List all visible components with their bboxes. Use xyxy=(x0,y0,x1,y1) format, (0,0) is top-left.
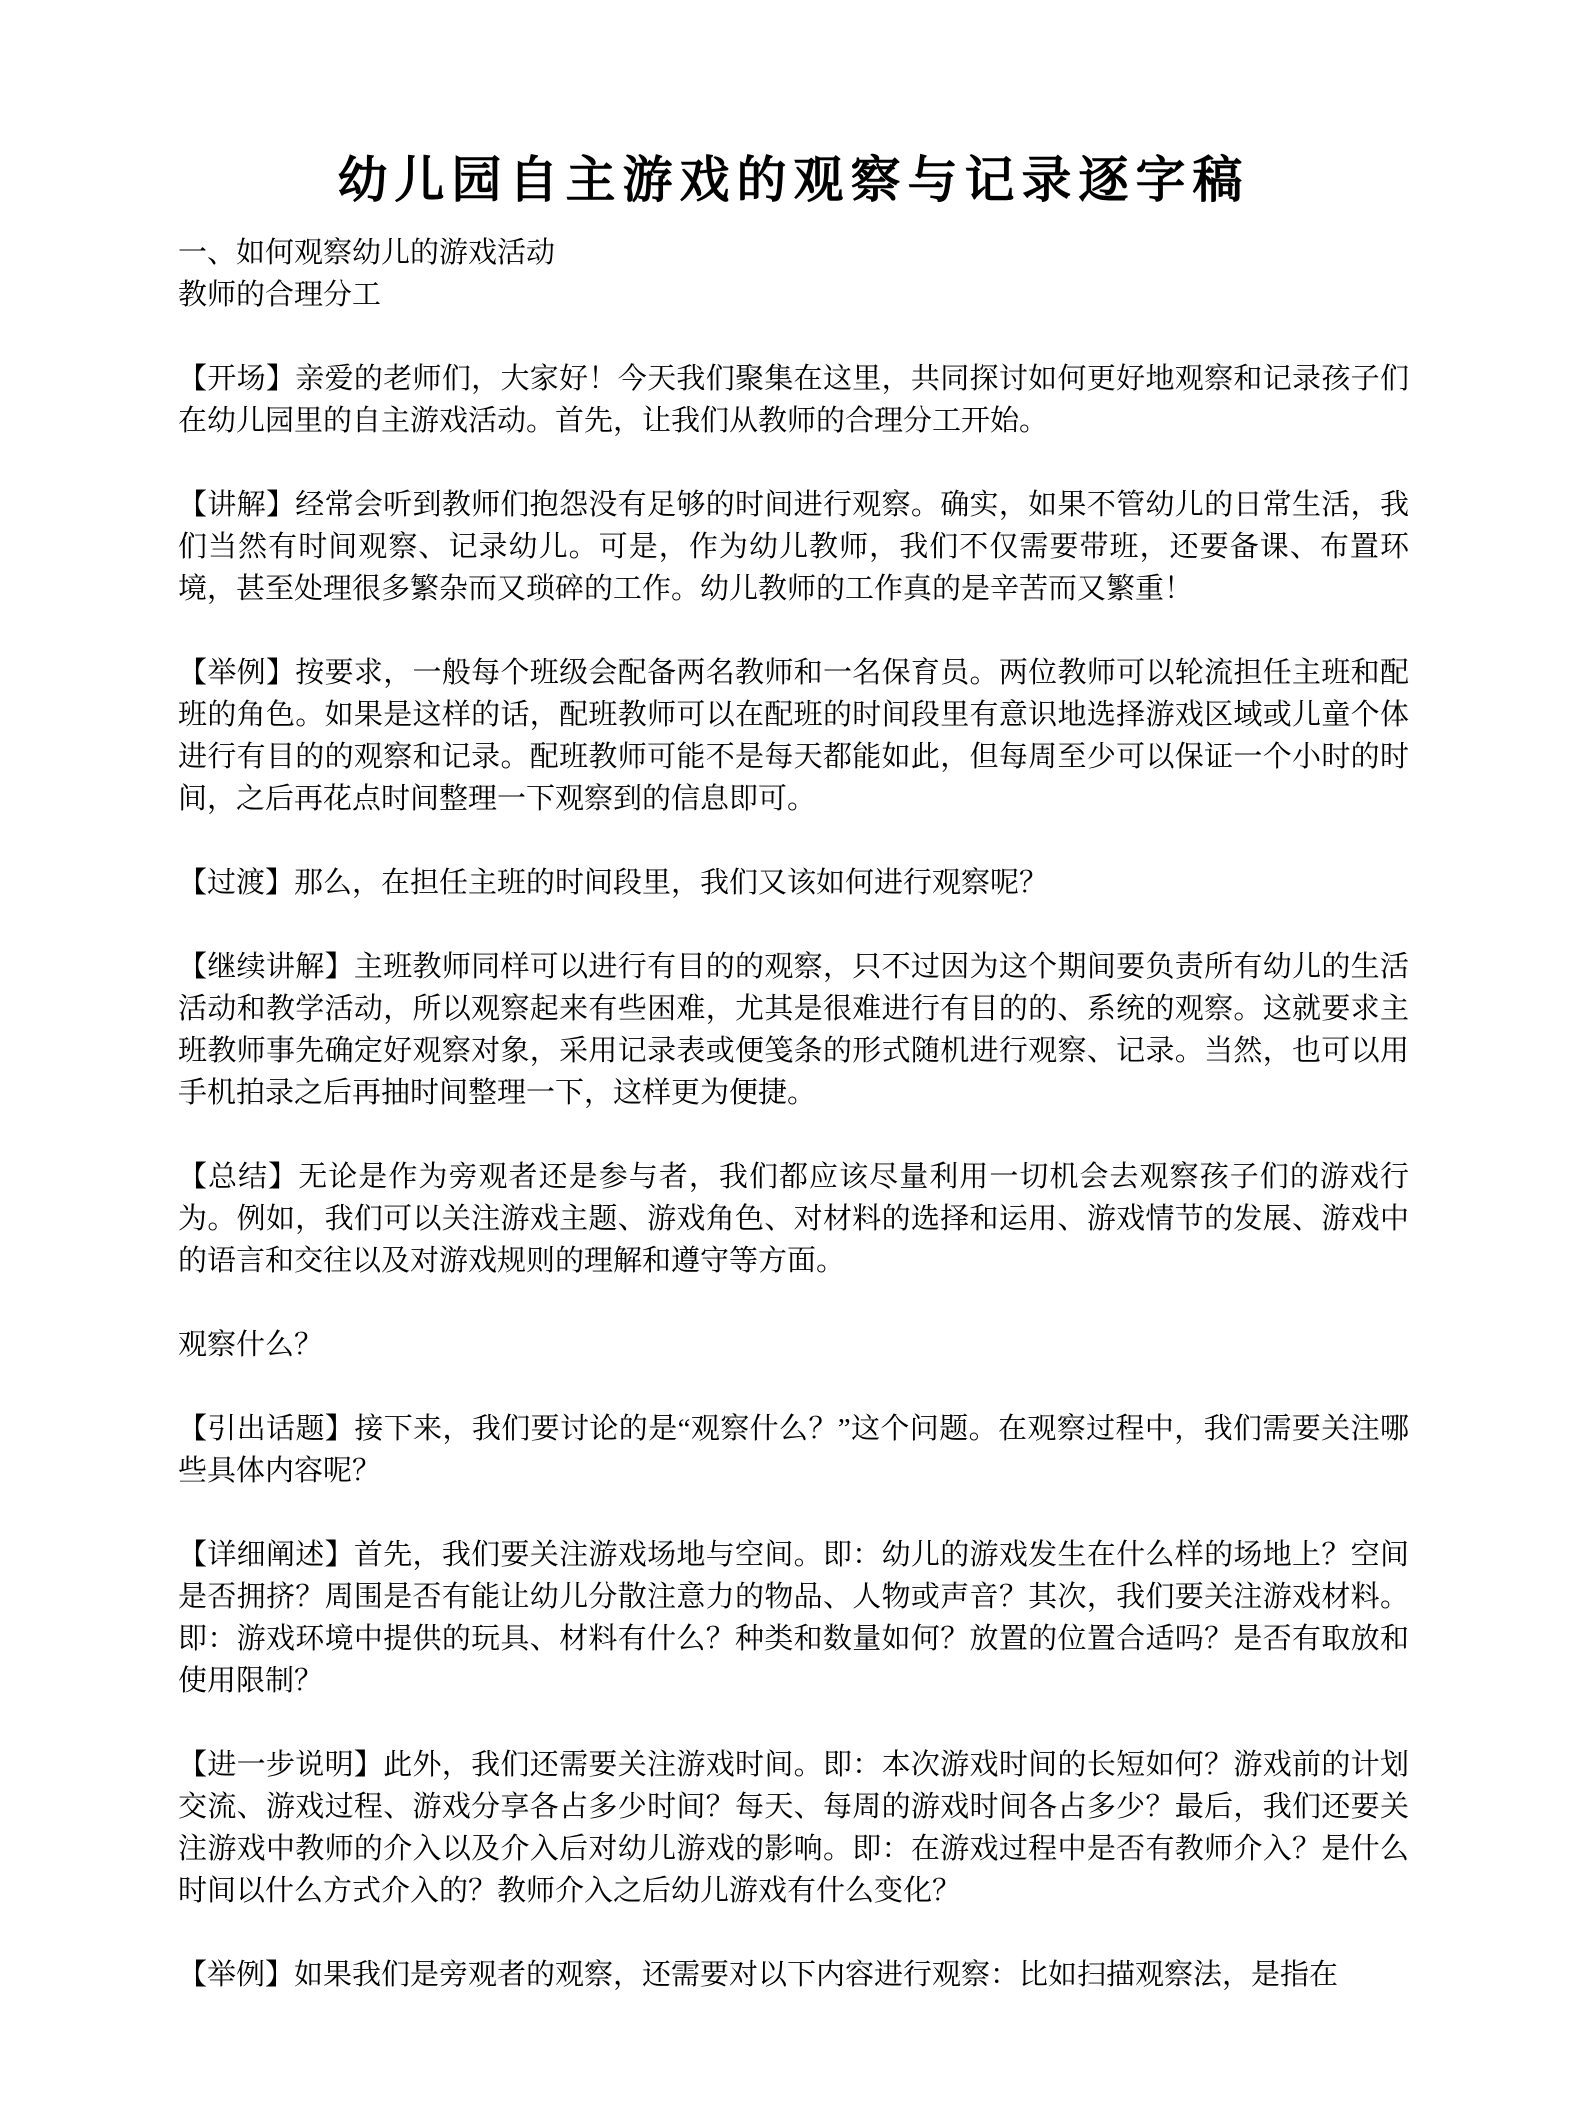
document-title: 幼儿园自主游戏的观察与记录逐字稿 xyxy=(178,150,1409,210)
document-page: 幼儿园自主游戏的观察与记录逐字稿 一、如何观察幼儿的游戏活动教师的合理分工【开场… xyxy=(0,0,1587,2125)
paragraph: 【举例】按要求，一般每个班级会配备两名教师和一名保育员。两位教师可以轮流担任主班… xyxy=(178,652,1409,820)
paragraph: 一、如何观察幼儿的游戏活动 xyxy=(178,232,1409,274)
paragraph: 【进一步说明】此外，我们还需要关注游戏时间。即：本次游戏时间的长短如何？游戏前的… xyxy=(178,1744,1409,1912)
paragraph: 【开场】亲爱的老师们，大家好！今天我们聚集在这里，共同探讨如何更好地观察和记录孩… xyxy=(178,358,1409,442)
paragraph: 【详细阐述】首先，我们要关注游戏场地与空间。即：幼儿的游戏发生在什么样的场地上？… xyxy=(178,1534,1409,1702)
paragraph: 【引出话题】接下来，我们要讨论的是“观察什么？”这个问题。在观察过程中，我们需要… xyxy=(178,1408,1409,1492)
paragraph: 【讲解】经常会听到教师们抱怨没有足够的时间进行观察。确实，如果不管幼儿的日常生活… xyxy=(178,484,1409,610)
paragraph: 【举例】如果我们是旁观者的观察，还需要对以下内容进行观察：比如扫描观察法，是指在 xyxy=(178,1954,1409,1996)
paragraph: 观察什么？ xyxy=(178,1324,1409,1366)
paragraph: 【继续讲解】主班教师同样可以进行有目的的观察，只不过因为这个期间要负责所有幼儿的… xyxy=(178,946,1409,1114)
paragraph: 【总结】无论是作为旁观者还是参与者，我们都应该尽量利用一切机会去观察孩子们的游戏… xyxy=(178,1156,1409,1282)
document-body: 一、如何观察幼儿的游戏活动教师的合理分工【开场】亲爱的老师们，大家好！今天我们聚… xyxy=(178,232,1409,1996)
paragraph: 【过渡】那么，在担任主班的时间段里，我们又该如何进行观察呢？ xyxy=(178,862,1409,904)
paragraph: 教师的合理分工 xyxy=(178,274,1409,316)
